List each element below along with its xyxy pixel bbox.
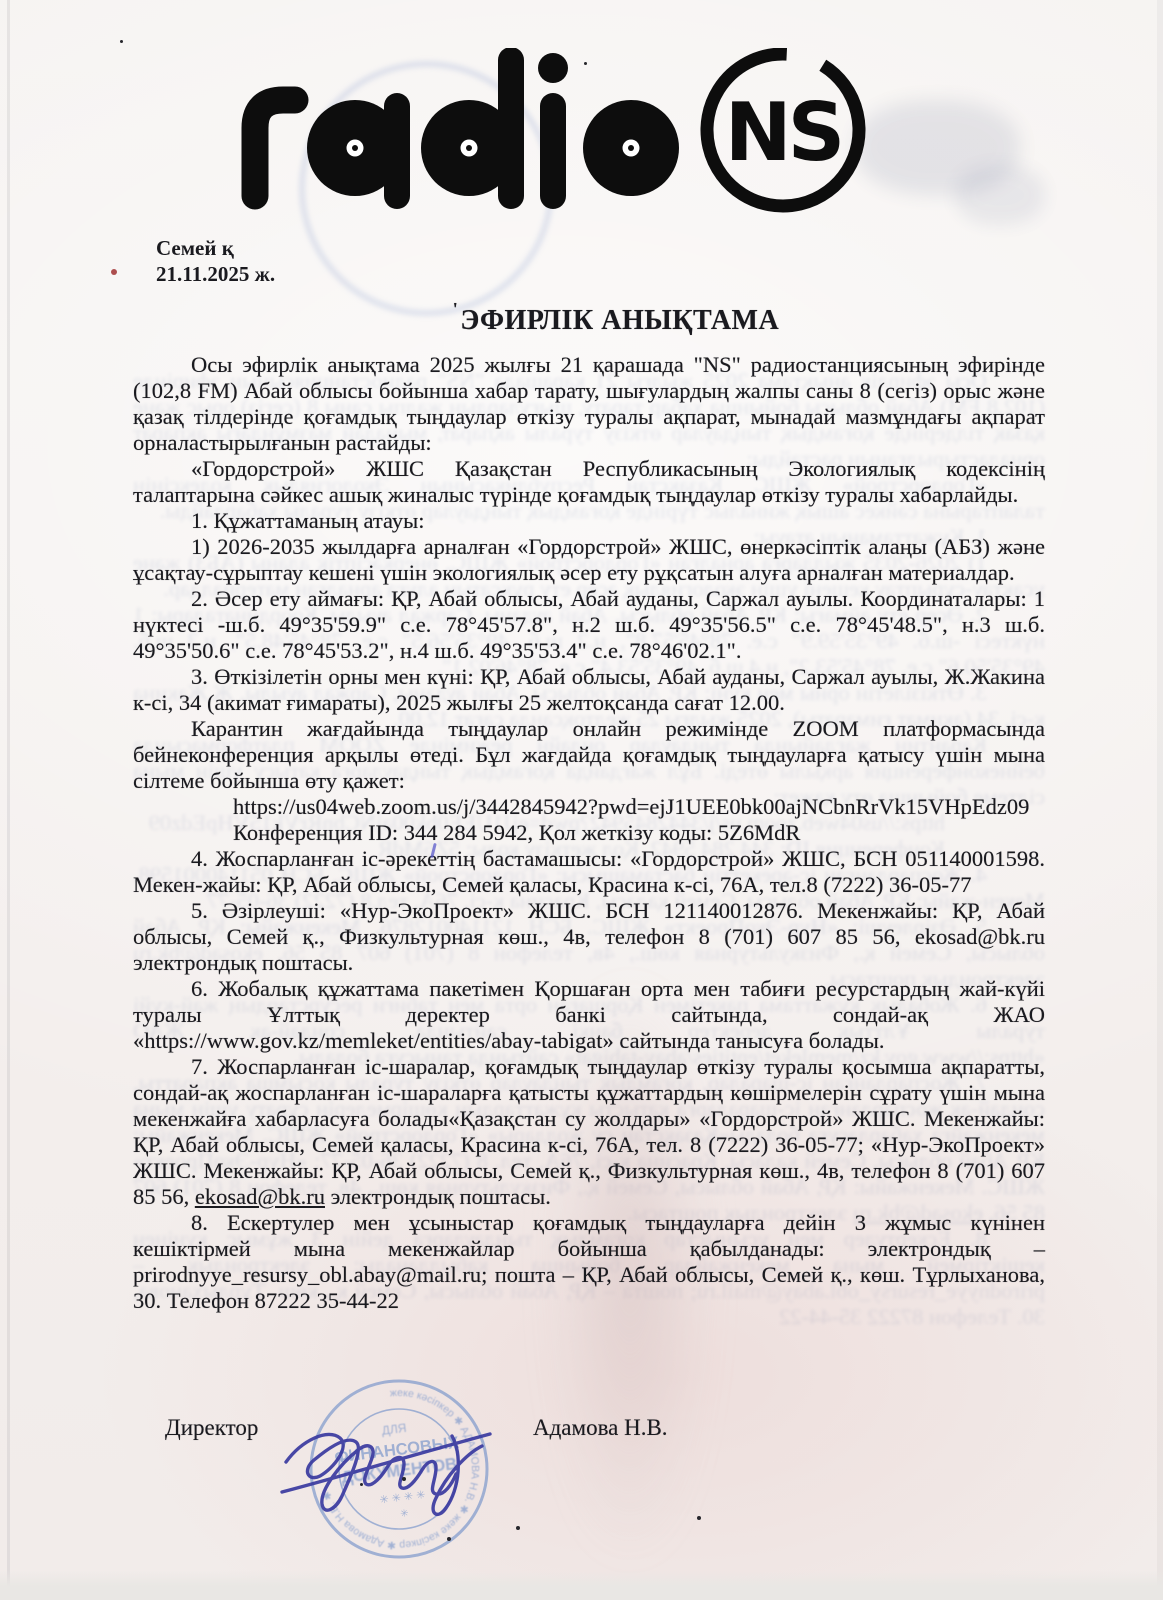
conference-id-line: Конференция ID: 344 284 5942, Қол жеткіз… bbox=[133, 820, 1045, 846]
zoom-meeting-url: https://us04web.zoom.us/j/3442845942?pwd… bbox=[133, 794, 1045, 820]
text-segment: электрондық поштасы. bbox=[325, 1184, 551, 1209]
zoom-meeting-url-text: https://us04web.zoom.us/j/3442845942?pwd… bbox=[233, 794, 1029, 819]
place-date-block: Семей қ 21.11.2025 ж. bbox=[156, 235, 275, 287]
dust-speck bbox=[584, 62, 587, 65]
body-paragraph-7: Карантин жағдайында тыңдаулар онлайн реж… bbox=[133, 716, 1045, 794]
text-segment: 1) 2026-2035 жылдарға арналған «Гордорст… bbox=[133, 534, 1045, 585]
body-paragraph-13: 7. Жоспарланған іс-шаралар, қоғамдық тың… bbox=[133, 1054, 1045, 1210]
text-segment: Осы эфирлік анықтама 2025 жылғы 21 қараш… bbox=[133, 352, 1045, 455]
dust-speck bbox=[120, 40, 123, 43]
text-segment: 4. Жоспарланған іс-әрекеттің бастамашысы… bbox=[133, 846, 1045, 897]
scanner-bed-edge bbox=[0, 1570, 1163, 1600]
title-mark: ' bbox=[453, 299, 459, 319]
document-body: Осы эфирлік анықтама 2025 жылғы 21 қараш… bbox=[133, 352, 1045, 1314]
signature-name: Адамова Н.В. bbox=[533, 1415, 668, 1441]
text-segment: 3. Өткізілетін орны мен күні: ҚР, Абай о… bbox=[133, 664, 1045, 715]
text-segment: Карантин жағдайында тыңдаулар онлайн реж… bbox=[133, 716, 1045, 793]
ghost-logo-smudge bbox=[955, 165, 1045, 225]
body-paragraph-1: Осы эфирлік анықтама 2025 жылғы 21 қараш… bbox=[133, 352, 1045, 456]
body-paragraph-3: 1. Құжаттаманың атауы: bbox=[133, 508, 1045, 534]
text-segment: 1. Құжаттаманың атауы: bbox=[191, 508, 425, 533]
dust-speck bbox=[447, 1537, 451, 1541]
dust-speck bbox=[360, 1483, 363, 1486]
body-paragraph-6: 3. Өткізілетін орны мен күні: ҚР, Абай о… bbox=[133, 664, 1045, 716]
text-segment: 8. Ескертулер мен ұсыныстар қоғамдық тың… bbox=[133, 1210, 1045, 1313]
text-segment: 5. Әзірлеуші: «Нур-ЭкоПроект» ЖШС. БСН 1… bbox=[133, 898, 1045, 975]
body-paragraph-5: 2. Әсер ету аймағы: ҚР, Абай облысы, Аба… bbox=[133, 586, 1045, 664]
body-paragraph-11: 5. Әзірлеуші: «Нур-ЭкоПроект» ЖШС. БСН 1… bbox=[133, 898, 1045, 976]
document-date: 21.11.2025 ж. bbox=[156, 261, 275, 287]
red-ink-dot bbox=[111, 269, 117, 275]
document-title: 'ЭФИРЛІК АНЫҚТАМА bbox=[160, 299, 1072, 337]
text-segment: «Гордорстрой» ЖШС Қазақстан Республикасы… bbox=[133, 456, 1045, 507]
dust-speck bbox=[402, 1477, 406, 1481]
developer-email: ekosad@bk.ru bbox=[195, 1184, 325, 1209]
dust-speck bbox=[697, 1516, 701, 1520]
document-place: Семей қ bbox=[156, 235, 275, 261]
body-paragraph-4: 1) 2026-2035 жылдарға арналған «Гордорст… bbox=[133, 534, 1045, 586]
text-segment: 6. Жобалық құжаттама пакетімен Қоршаған … bbox=[133, 976, 1045, 1053]
signature-role-label: Директор bbox=[165, 1415, 258, 1441]
body-paragraph-12: 6. Жобалық құжаттама пакетімен Қоршаған … bbox=[133, 976, 1045, 1054]
dust-speck bbox=[516, 1526, 520, 1530]
body-paragraph-10: 4. Жоспарланған іс-әрекеттің бастамашысы… bbox=[133, 846, 1045, 898]
scanned-document-page: Осы эфирлік анықтама 2025 жылғы 21 қараш… bbox=[0, 0, 1163, 1600]
radio-ns-logo: NS bbox=[235, 48, 905, 213]
scan-edge-left bbox=[7, 0, 10, 1600]
body-paragraph-2: «Гордорстрой» ЖШС Қазақстан Республикасы… bbox=[133, 456, 1045, 508]
body-paragraph-14: 8. Ескертулер мен ұсыныстар қоғамдық тың… bbox=[133, 1210, 1045, 1314]
handwritten-signature bbox=[276, 1390, 516, 1518]
scan-edge-right bbox=[1157, 0, 1163, 1600]
document-title-text: ЭФИРЛІК АНЫҚТАМА bbox=[460, 305, 779, 336]
text-segment: 2. Әсер ету аймағы: ҚР, Абай облысы, Аба… bbox=[133, 586, 1045, 663]
logo-word-radio bbox=[255, 53, 679, 196]
logo-badge-ns: NS bbox=[725, 86, 842, 179]
text-segment: Конференция ID: 344 284 5942, Қол жеткіз… bbox=[233, 820, 800, 845]
